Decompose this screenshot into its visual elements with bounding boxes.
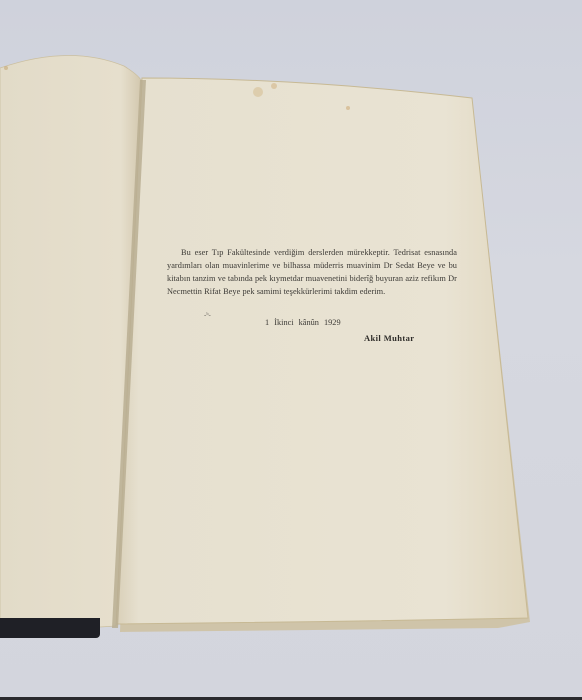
dateline: 1 İkinci kânûn 1929 [265, 318, 341, 327]
book-cover-edge [0, 618, 100, 638]
open-book-illustration [0, 0, 582, 700]
right-page [114, 78, 528, 624]
preface-paragraph: Bu eser Tıp Fakültesinde verdiğim dersle… [167, 246, 457, 298]
stray-print-mark: -ᵇ- [204, 311, 211, 319]
preface-text: Bu eser Tıp Fakültesinde verdiğim dersle… [167, 246, 457, 298]
author-signature: Akil Muhtar [364, 333, 414, 343]
photo-scene: Bu eser Tıp Fakültesinde verdiğim dersle… [0, 0, 582, 700]
